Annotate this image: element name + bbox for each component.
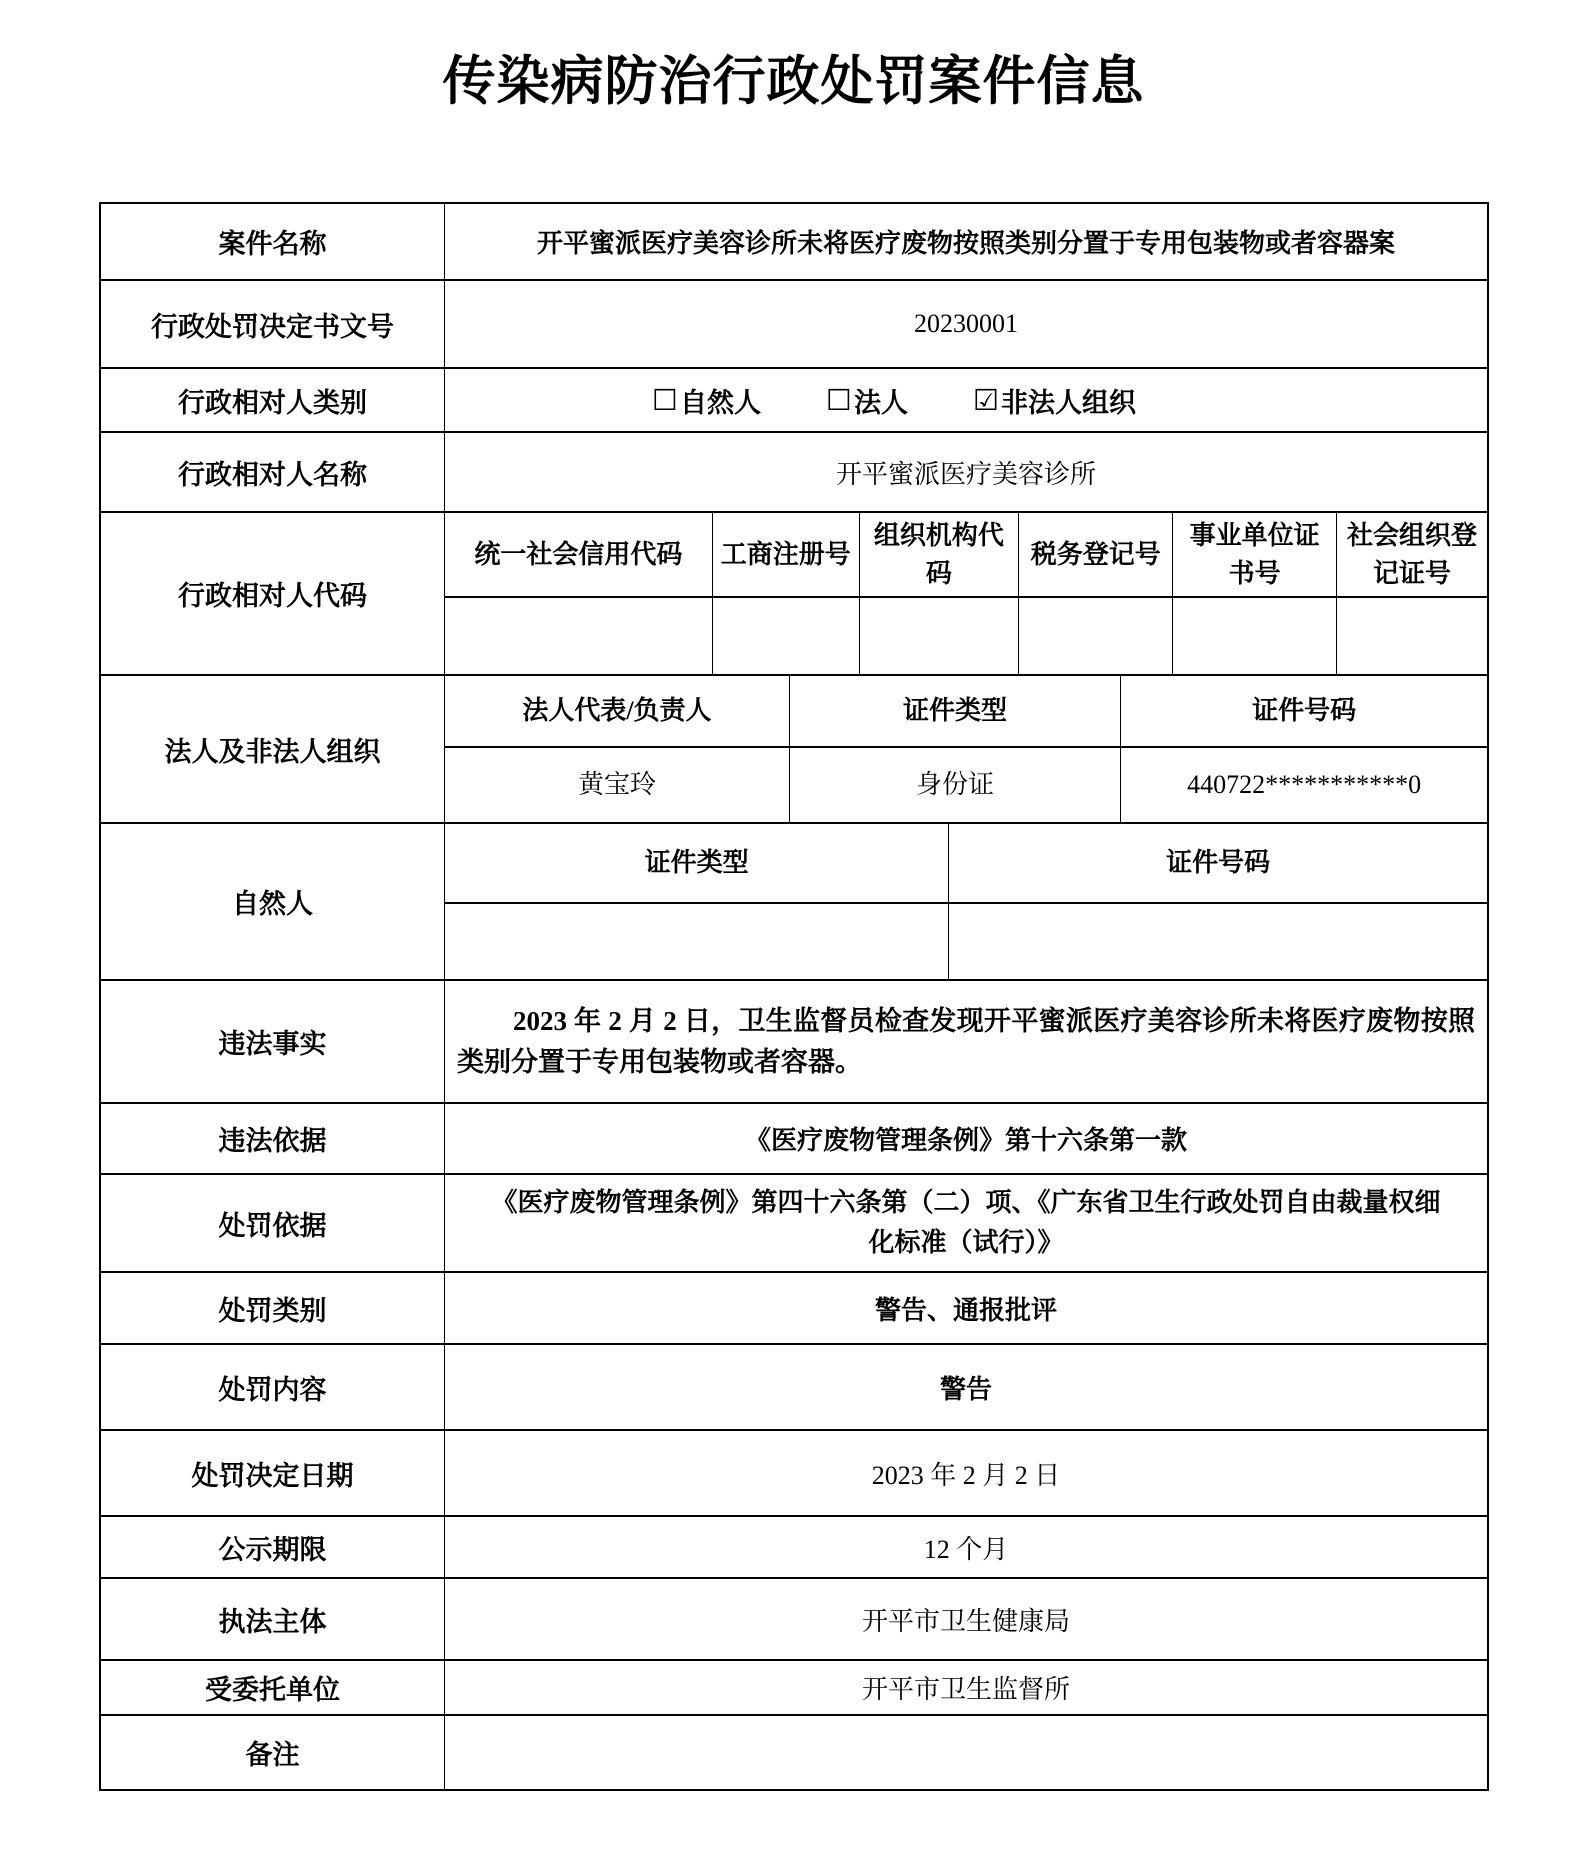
legal-org-cert-type: 身份证 [790,748,1121,822]
checkbox-option-label: 法人 [854,381,908,420]
codes-col-org-code: 组织机构代码 [860,513,1019,596]
natural-person-cert-number [949,904,1487,979]
publicity-period-label: 公示期限 [101,1517,445,1577]
penalty-content-label: 处罚内容 [101,1345,445,1429]
decision-date-label: 处罚决定日期 [101,1431,445,1515]
legal-org-col-cert-number: 证件号码 [1121,676,1487,746]
row-decision-doc-no: 行政处罚决定书文号 20230001 [101,279,1487,367]
party-name-value: 开平蜜派医疗美容诊所 [445,433,1487,511]
legal-org-value-row: 黄宝玲 身份证 440722***********0 [445,746,1487,822]
row-enforcement-body: 执法主体 开平市卫生健康局 [101,1577,1487,1659]
codes-col-uscc: 统一社会信用代码 [445,513,713,596]
natural-person-col-cert-number: 证件号码 [949,824,1487,902]
codes-col-tax-reg-no: 税务登记号 [1019,513,1173,596]
codes-value-org-code [860,598,1019,674]
natural-person-value-row [445,902,1487,979]
row-party-category: 行政相对人类别 ☐ 自然人 ☐ 法人 ☑ 非法人组织 [101,367,1487,431]
row-party-name: 行政相对人名称 开平蜜派医疗美容诊所 [101,431,1487,511]
codes-value-social-org-reg-no [1337,598,1487,674]
checkbox-unchecked-icon: ☐ [826,386,852,415]
checkbox-checked-icon: ☑ [973,386,999,415]
legal-org-representative: 黄宝玲 [445,748,790,822]
entrusted-unit-value: 开平市卫生监督所 [445,1661,1487,1714]
row-penalty-category: 处罚类别 警告、通报批评 [101,1271,1487,1343]
checkbox-option-non-legal-org[interactable]: ☑ 非法人组织 [973,381,1136,420]
natural-person-cert-type [445,904,949,979]
codes-value-uscc [445,598,713,674]
illegal-fact-cell: 2023 年 2 月 2 日，卫生监督员检查发现开平蜜派医疗美容诊所未将医疗废物… [445,981,1487,1102]
enforcement-body-label: 执法主体 [101,1579,445,1659]
checkbox-option-natural-person[interactable]: ☐ 自然人 [652,381,761,420]
penalty-basis-value: 《医疗废物管理条例》第四十六条第（二）项、《广东省卫生行政处罚自由裁量权细化标准… [455,1179,1477,1267]
remarks-label: 备注 [101,1716,445,1789]
legal-org-header-row: 法人代表/负责人 证件类型 证件号码 [445,676,1487,746]
decision-doc-no-label: 行政处罚决定书文号 [101,281,445,367]
party-category-options: ☐ 自然人 ☐ 法人 ☑ 非法人组织 [445,369,1487,431]
natural-person-subtable: 证件类型 证件号码 [445,824,1487,979]
penalty-category-value: 警告、通报批评 [445,1273,1487,1343]
row-remarks: 备注 [101,1714,1487,1789]
party-codes-subtable: 统一社会信用代码 工商注册号 组织机构代码 税务登记号 事业单位证书号 社会组织… [445,513,1487,674]
party-codes-value-row [445,596,1487,674]
penalty-content-value: 警告 [445,1345,1487,1429]
row-illegal-basis: 违法依据 《医疗废物管理条例》第十六条第一款 [101,1102,1487,1173]
natural-person-header-row: 证件类型 证件号码 [445,824,1487,902]
illegal-fact-label: 违法事实 [101,981,445,1102]
legal-org-label: 法人及非法人组织 [101,676,445,822]
party-name-label: 行政相对人名称 [101,433,445,511]
row-entrusted-unit: 受委托单位 开平市卫生监督所 [101,1659,1487,1714]
row-decision-date: 处罚决定日期 2023 年 2 月 2 日 [101,1429,1487,1515]
publicity-period-value: 12 个月 [445,1517,1487,1577]
decision-doc-no-value: 20230001 [445,281,1487,367]
penalty-basis-label: 处罚依据 [101,1175,445,1271]
case-name-label: 案件名称 [101,204,445,279]
row-illegal-fact: 违法事实 2023 年 2 月 2 日，卫生监督员检查发现开平蜜派医疗美容诊所未… [101,979,1487,1102]
page-title: 传染病防治行政处罚案件信息 [0,50,1587,114]
penalty-category-label: 处罚类别 [101,1273,445,1343]
codes-col-institution-cert-no: 事业单位证书号 [1173,513,1337,596]
natural-person-label: 自然人 [101,824,445,979]
illegal-fact-value: 2023 年 2 月 2 日，卫生监督员检查发现开平蜜派医疗美容诊所未将医疗废物… [457,1001,1475,1083]
row-legal-org: 法人及非法人组织 法人代表/负责人 证件类型 证件号码 黄宝玲 身份证 4407… [101,674,1487,822]
codes-value-institution-cert-no [1173,598,1337,674]
case-name-value: 开平蜜派医疗美容诊所未将医疗废物按照类别分置于专用包装物或者容器案 [445,204,1487,279]
codes-col-social-org-reg-no: 社会组织登记证号 [1337,513,1487,596]
row-party-codes: 行政相对人代码 统一社会信用代码 工商注册号 组织机构代码 税务登记号 事业单位… [101,511,1487,674]
checkbox-option-legal-person[interactable]: ☐ 法人 [826,381,908,420]
row-publicity-period: 公示期限 12 个月 [101,1515,1487,1577]
legal-org-col-representative: 法人代表/负责人 [445,676,790,746]
legal-org-col-cert-type: 证件类型 [790,676,1121,746]
checkbox-option-label: 非法人组织 [1001,381,1136,420]
party-codes-label: 行政相对人代码 [101,513,445,674]
legal-org-cert-number: 440722***********0 [1121,748,1487,822]
decision-date-value: 2023 年 2 月 2 日 [445,1431,1487,1515]
party-category-label: 行政相对人类别 [101,369,445,431]
checkbox-option-label: 自然人 [680,381,761,420]
codes-value-tax-reg-no [1019,598,1173,674]
penalty-basis-cell: 《医疗废物管理条例》第四十六条第（二）项、《广东省卫生行政处罚自由裁量权细化标准… [445,1175,1487,1271]
case-info-table: 案件名称 开平蜜派医疗美容诊所未将医疗废物按照类别分置于专用包装物或者容器案 行… [99,202,1489,1791]
document-page: 传染病防治行政处罚案件信息 案件名称 开平蜜派医疗美容诊所未将医疗废物按照类别分… [0,0,1587,1871]
legal-org-subtable: 法人代表/负责人 证件类型 证件号码 黄宝玲 身份证 440722*******… [445,676,1487,822]
illegal-basis-value: 《医疗废物管理条例》第十六条第一款 [445,1104,1487,1173]
enforcement-body-value: 开平市卫生健康局 [445,1579,1487,1659]
row-natural-person: 自然人 证件类型 证件号码 [101,822,1487,979]
entrusted-unit-label: 受委托单位 [101,1661,445,1714]
row-case-name: 案件名称 开平蜜派医疗美容诊所未将医疗废物按照类别分置于专用包装物或者容器案 [101,204,1487,279]
row-penalty-content: 处罚内容 警告 [101,1343,1487,1429]
remarks-value [445,1716,1487,1789]
illegal-basis-label: 违法依据 [101,1104,445,1173]
codes-value-business-reg-no [713,598,860,674]
row-penalty-basis: 处罚依据 《医疗废物管理条例》第四十六条第（二）项、《广东省卫生行政处罚自由裁量… [101,1173,1487,1271]
codes-col-business-reg-no: 工商注册号 [713,513,860,596]
party-codes-header-row: 统一社会信用代码 工商注册号 组织机构代码 税务登记号 事业单位证书号 社会组织… [445,513,1487,596]
checkbox-unchecked-icon: ☐ [652,386,678,415]
natural-person-col-cert-type: 证件类型 [445,824,949,902]
